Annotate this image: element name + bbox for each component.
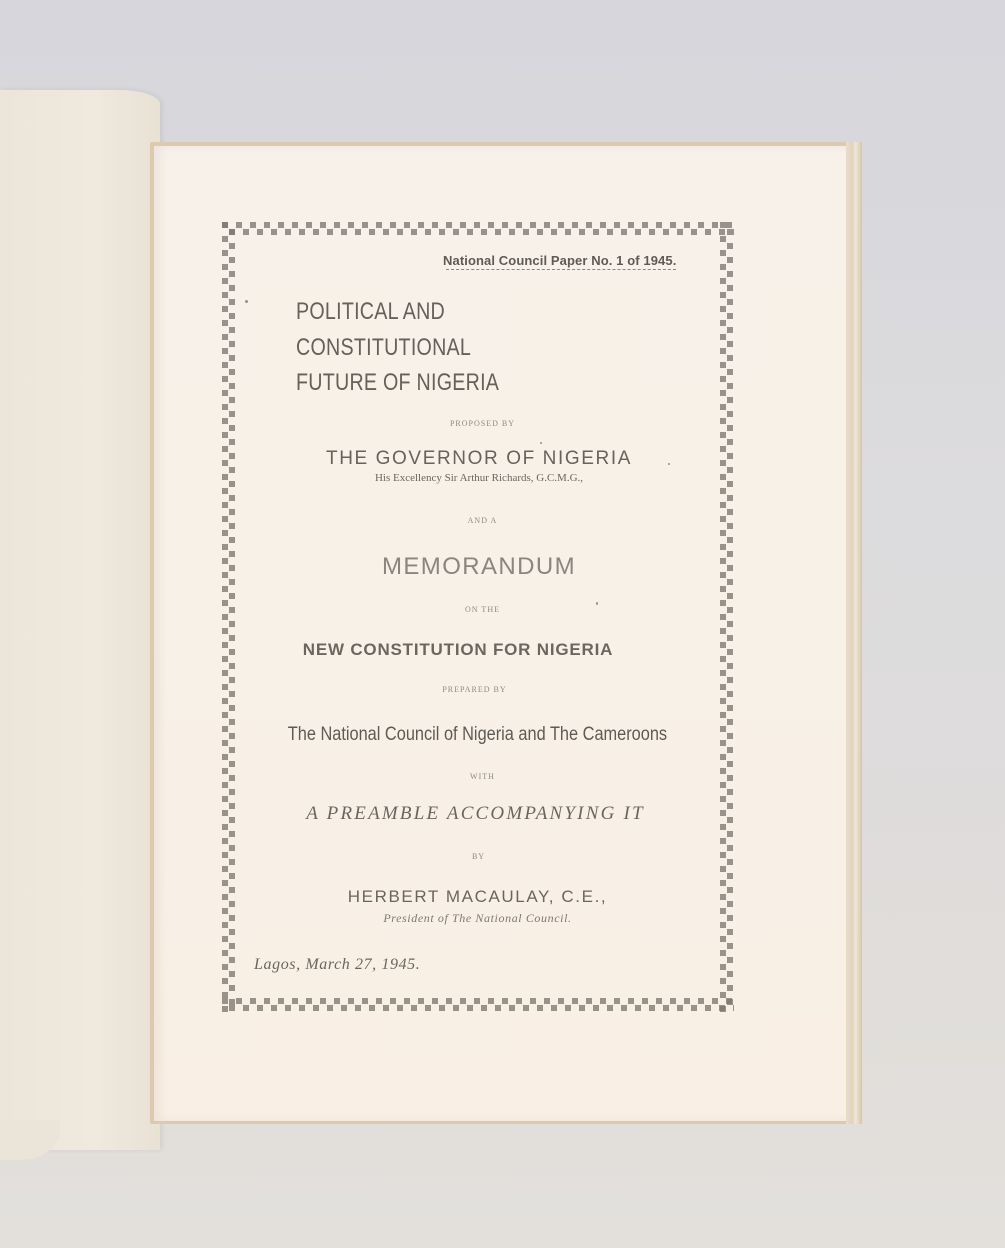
subject-heading: NEW CONSTITUTION FOR NIGERIA — [0, 640, 916, 660]
series-label: National Council Paper No. 1 of 1945. — [443, 253, 676, 268]
with-label: WITH — [0, 772, 985, 781]
proposed-by-label: PROPOSED BY — [0, 419, 985, 428]
place-date: Lagos, March 27, 1945. — [254, 956, 420, 974]
prepared-by-label: PREPARED BY — [0, 685, 977, 694]
ink-speck — [596, 602, 598, 605]
author-detail: President of The National Council. — [0, 911, 955, 926]
left-page-curl — [0, 90, 160, 1150]
ink-speck — [668, 463, 670, 465]
border-bottom — [222, 998, 734, 1012]
ink-speck — [540, 442, 542, 444]
memorandum-heading: MEMORANDUM — [0, 553, 958, 581]
preparer-name: The National Council of Nigeria and The … — [67, 724, 888, 746]
left-page-bottom — [0, 1120, 60, 1160]
preamble-heading: A PREAMBLE ACCOMPANYING IT — [0, 803, 951, 825]
ink-speck — [245, 300, 248, 303]
border-top — [222, 222, 734, 236]
proposer-detail: His Excellency Sir Arthur Richards, G.C.… — [0, 472, 958, 484]
title-line-1: POLITICAL AND — [296, 300, 445, 324]
proposer-name: THE GOVERNOR OF NIGERIA — [0, 448, 958, 470]
series-underline — [446, 269, 676, 270]
on-the-label: ON THE — [0, 605, 985, 614]
title-line-2: CONSTITUTIONAL — [296, 336, 471, 360]
author-name: HERBERT MACAULAY, C.E., — [0, 887, 955, 907]
and-a-label: AND A — [0, 516, 985, 525]
by-label: BY — [0, 852, 981, 861]
title-line-3: FUTURE OF NIGERIA — [296, 371, 499, 395]
book-fore-edge — [846, 142, 862, 1124]
